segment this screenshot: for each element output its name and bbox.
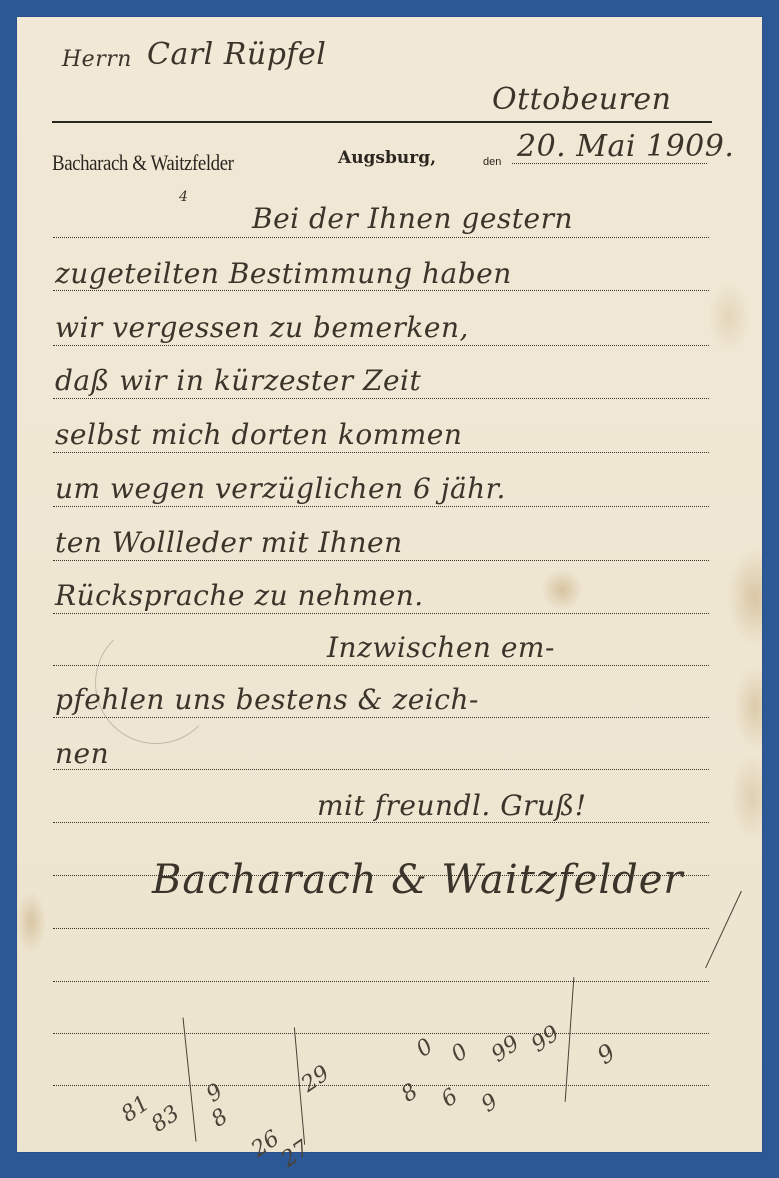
letterhead-den-label: den xyxy=(483,156,501,168)
body-line: ten Wollleder mit Ihnen xyxy=(55,526,403,559)
address-salutation: Herrn xyxy=(62,47,132,72)
calc-figures: 27 xyxy=(277,1136,314,1173)
calc-figures: 9 xyxy=(202,1079,228,1108)
ruling-line xyxy=(53,237,709,238)
body-line: Bei der Ihnen gestern xyxy=(252,202,573,235)
calc-figures: 9 xyxy=(592,1038,621,1070)
closing: mit freundl. Gruß! xyxy=(317,789,586,822)
ruling-line xyxy=(53,822,709,823)
ruling-line xyxy=(53,345,709,346)
calc-figures: 83 xyxy=(147,1101,184,1138)
ruling-line xyxy=(53,1085,709,1086)
margin-mark: 4 xyxy=(179,189,188,205)
ruling-line xyxy=(53,290,709,291)
calc-figures: 99 xyxy=(487,1031,524,1068)
address-place: Ottobeuren xyxy=(492,82,671,117)
ruling-line xyxy=(53,560,709,561)
ruling-line xyxy=(53,398,709,399)
calc-figures: 26 xyxy=(247,1126,284,1163)
body-line: Rücksprache zu nehmen. xyxy=(55,579,424,612)
letterhead-date: 20. Mai 1909. xyxy=(517,129,734,164)
address-recipient: Carl Rüpfel xyxy=(147,37,326,72)
body-line: wir vergessen zu bemerken, xyxy=(55,311,469,344)
ruling-line xyxy=(53,452,709,453)
calc-figures: 0 xyxy=(447,1039,473,1068)
calc-figures: 8 xyxy=(397,1079,423,1108)
signature: Bacharach & Waitzfelder xyxy=(152,857,684,903)
ruling-line xyxy=(53,1033,709,1034)
ruling-line xyxy=(53,769,709,770)
calc-figures: 0 xyxy=(412,1034,438,1063)
body-line: zugeteilten Bestimmung haben xyxy=(55,257,512,290)
calc-figures: 6 xyxy=(437,1084,463,1113)
postcard: Herrn Carl Rüpfel Ottobeuren Bacharach &… xyxy=(17,17,762,1152)
body-line: Inzwischen em- xyxy=(327,631,555,664)
calc-divider xyxy=(182,1017,196,1141)
body-line: nen xyxy=(55,737,109,770)
ruling-line xyxy=(53,981,709,982)
ruling-line xyxy=(53,506,709,507)
letterhead-city: Augsburg, xyxy=(338,148,436,168)
ruling-line xyxy=(53,928,709,929)
body-line: um wegen verzüglichen 6 jähr. xyxy=(55,472,506,505)
calc-figures: 99 xyxy=(527,1021,564,1058)
calc-figures: 81 xyxy=(117,1091,154,1128)
body-line: selbst mich dorten kommen xyxy=(55,418,462,451)
body-line: daß wir in kürzester Zeit xyxy=(55,364,421,397)
address-divider xyxy=(52,121,712,123)
calc-figures: 8 xyxy=(207,1104,233,1133)
calc-figures: 9 xyxy=(477,1089,503,1118)
ruling-line xyxy=(53,613,709,614)
body-line: pfehlen uns bestens & zeich- xyxy=(55,683,479,716)
calc-divider xyxy=(565,977,575,1102)
signature-flourish xyxy=(705,891,742,969)
calc-figures: 29 xyxy=(297,1061,334,1098)
letterhead-firm: Bacharach & Waitzfelder xyxy=(52,150,234,176)
